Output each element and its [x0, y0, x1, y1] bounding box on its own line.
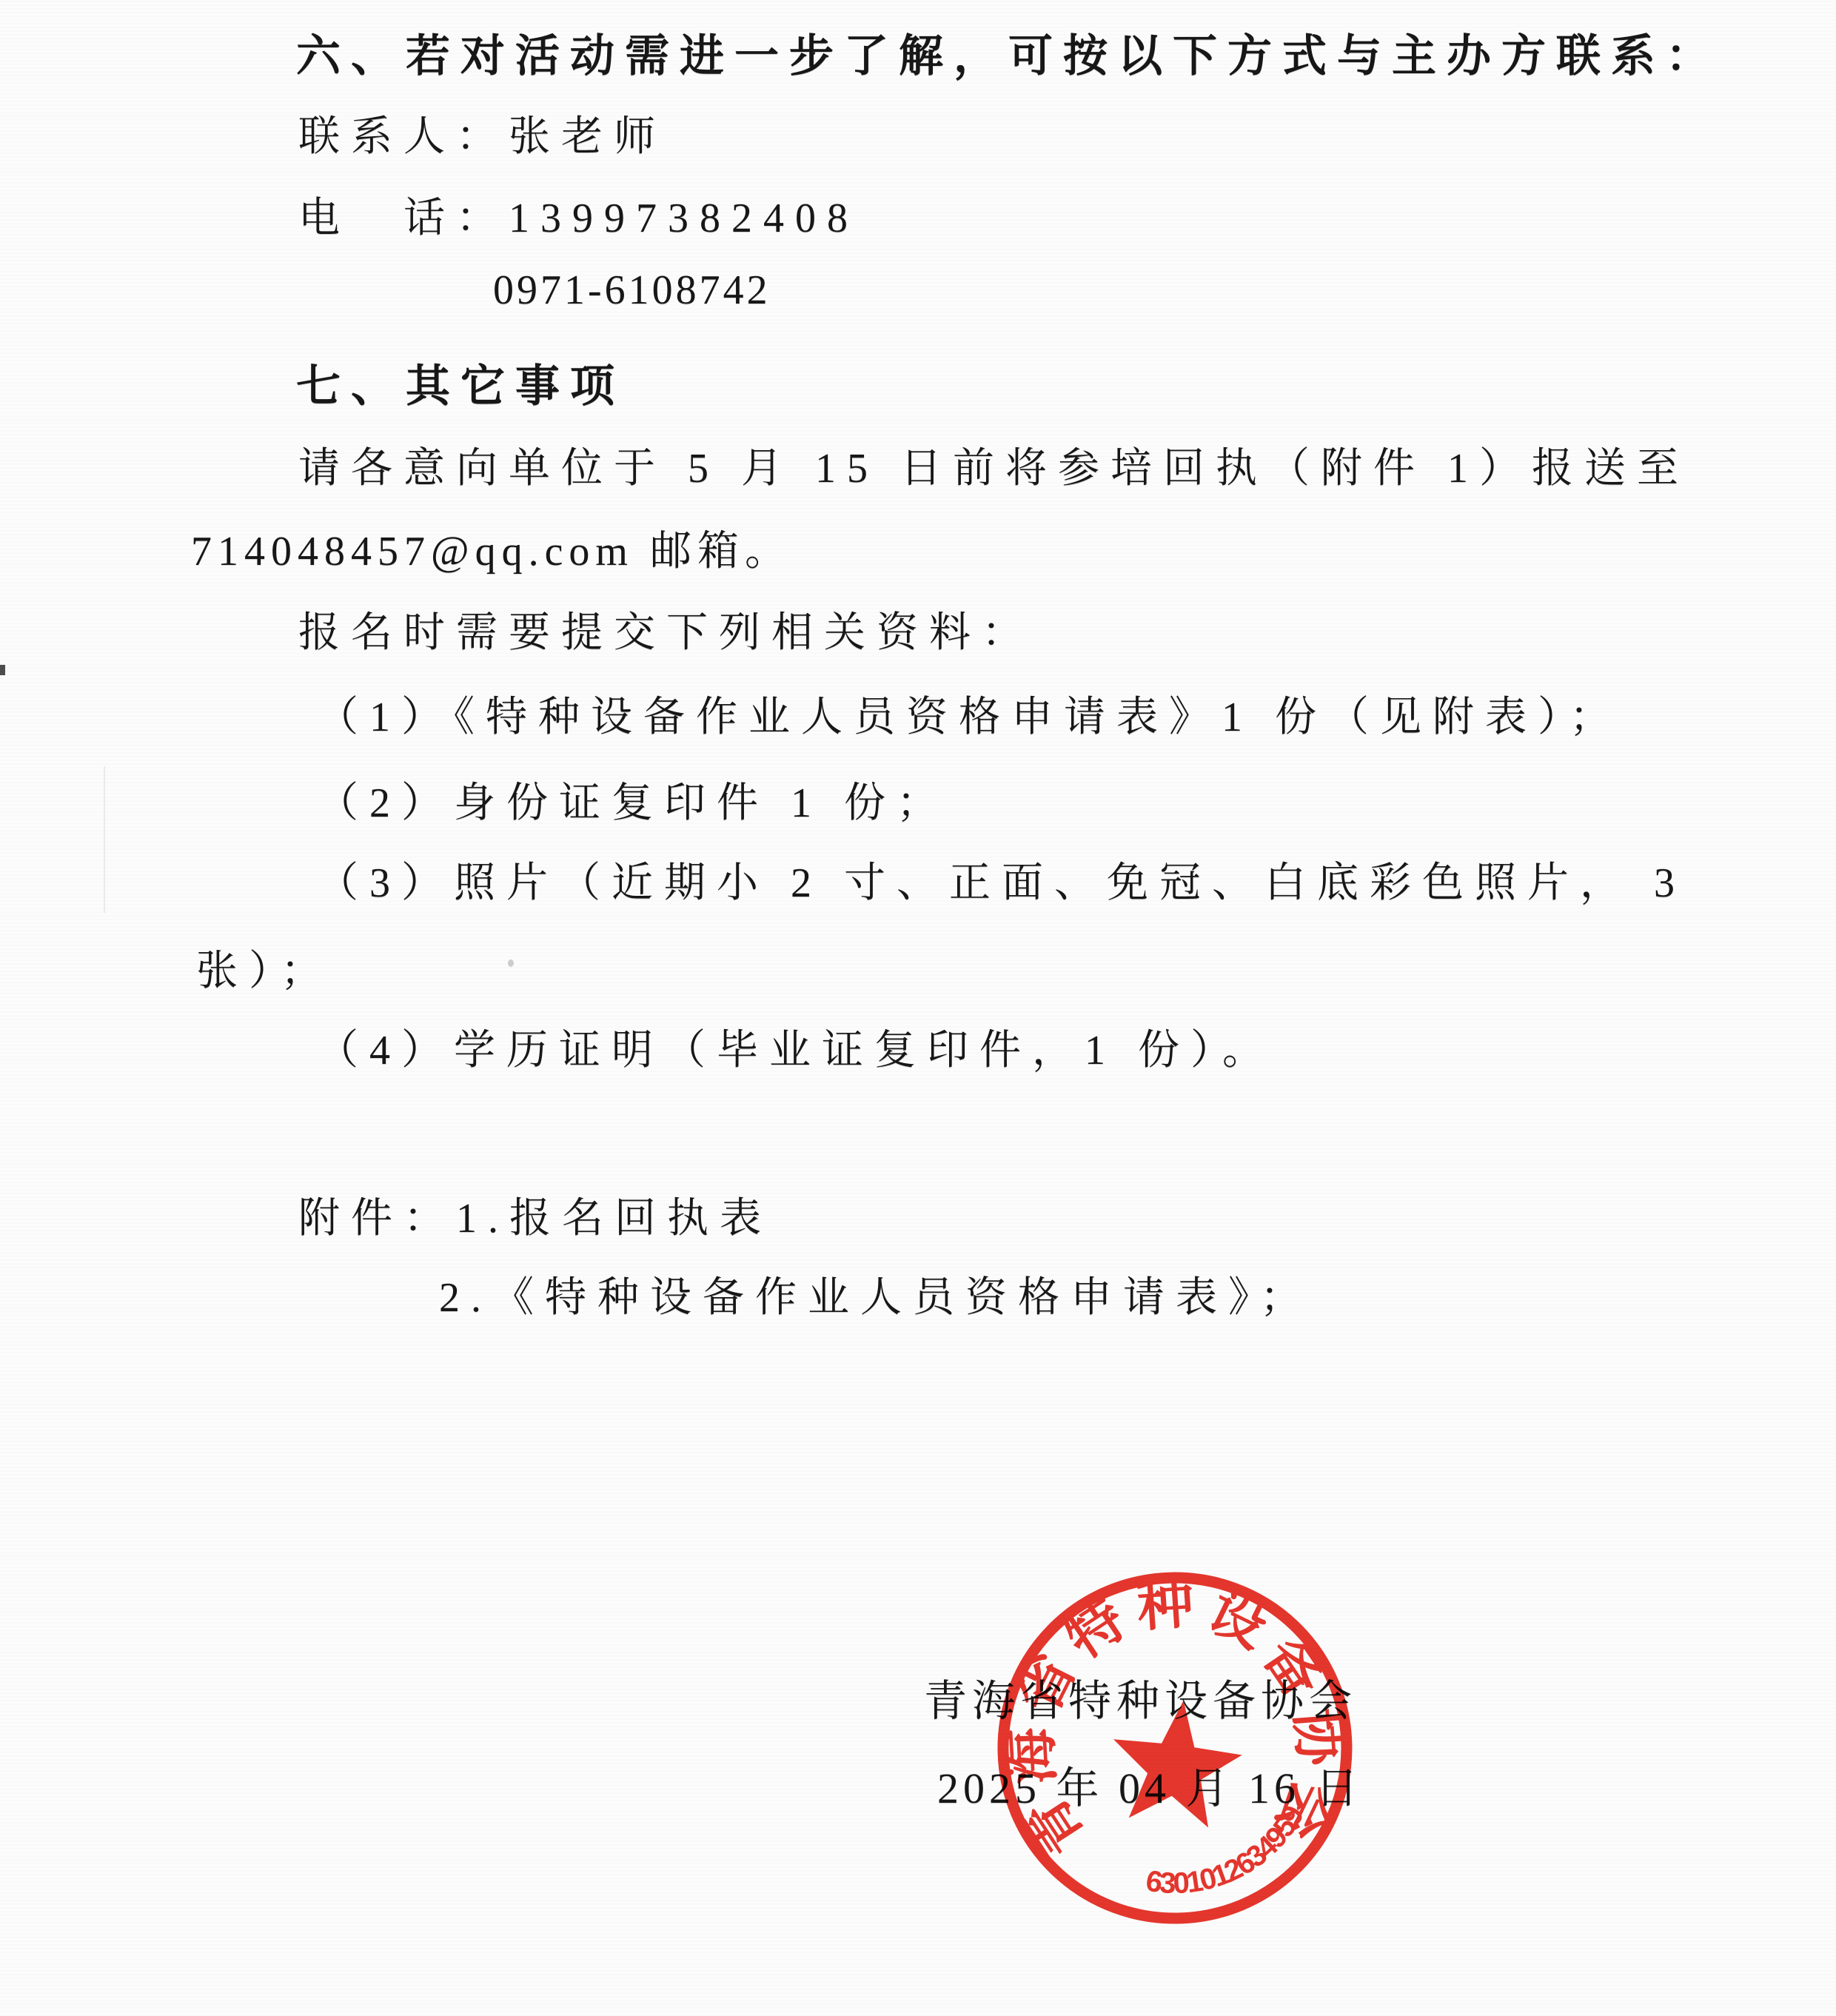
star-icon: [1113, 1699, 1243, 1829]
scanned-document-page: 六、若对活动需进一步了解，可按以下方式与主办方联系： 联系人：张老师 电 话：1…: [0, 0, 1836, 2016]
scan-edge-speck: [0, 665, 5, 675]
section-six-heading: 六、若对活动需进一步了解，可按以下方式与主办方联系：: [296, 21, 1721, 84]
contact-person-line: 联系人：张老师: [298, 104, 666, 163]
item-3-line: （3）照片（近期小 2 寸、正面、免冠、白底彩色照片， 3: [317, 850, 1686, 909]
phone-line: 电 话：13997382408: [298, 185, 859, 244]
materials-intro-line: 报名时需要提交下列相关资料：: [298, 600, 1034, 659]
phone-line-2: 0971-6108742: [493, 267, 771, 314]
item-4-line: （4）学历证明（毕业证复印件，1 份）。: [317, 1017, 1275, 1076]
seal-code: 6301012634959: [1142, 1800, 1313, 1901]
official-seal-stamp: 青海省特种设备协会 6301012634959: [985, 1558, 1370, 1942]
scan-speck: [508, 960, 514, 967]
item-1-line: （1）《特种设备作业人员资格申请表》1 份（见附表）；: [317, 684, 1622, 743]
email-line: 714048457@qq.com 邮箱。: [191, 518, 792, 577]
item-2-line: （2）身份证复印件 1 份；: [317, 770, 949, 829]
section-seven-heading: 七、其它事项: [296, 351, 625, 415]
attachment-1-line: 附件：1.报名回执表: [298, 1185, 772, 1245]
scan-crease-artifact: [104, 766, 105, 913]
item-3-continued-line: 张）；: [196, 938, 333, 997]
attachment-2-line: 2.《特种设备作业人员资格申请表》；: [439, 1265, 1313, 1324]
deadline-paragraph: 请各意向单位于 5 月 15 日前将参培回执（附件 1）报送至: [298, 435, 1689, 495]
